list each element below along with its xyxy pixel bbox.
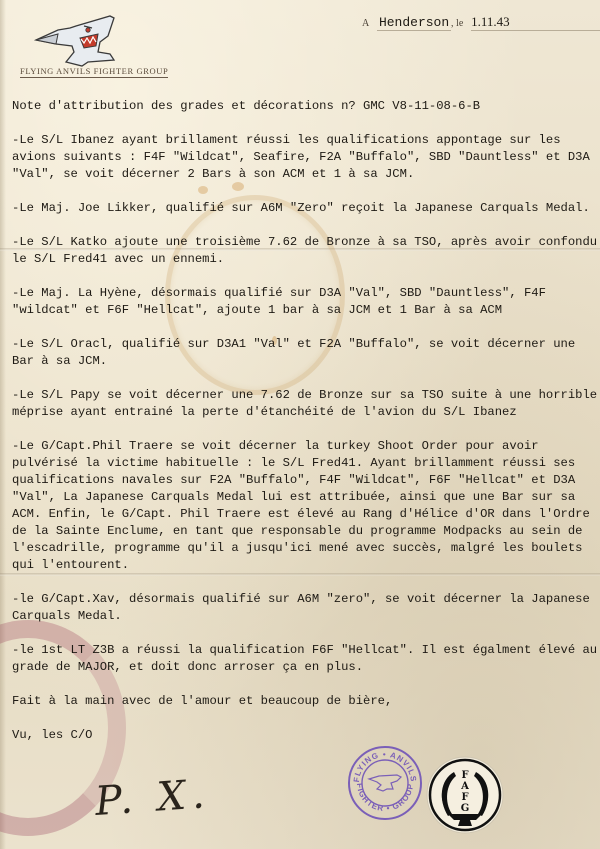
- award-entry: -Le Maj. La Hyène, désormais qualifié su…: [12, 285, 600, 319]
- document-body: Note d'attribution des grades et décorat…: [12, 98, 600, 761]
- seen-by-line: Vu, les C/O: [12, 727, 600, 744]
- place-field: Henderson: [377, 15, 451, 31]
- place-date-line: A Henderson, le 1.11.43: [362, 14, 600, 31]
- squadron-rubber-stamp: FLYING • ANVILS FIGHTER • GROUP: [347, 745, 423, 821]
- svg-text:A: A: [460, 781, 469, 792]
- anvil-stamp-icon: FLYING • ANVILS FIGHTER • GROUP: [347, 745, 423, 821]
- award-entry: -Le S/L Papy se voit décerner une 7.62 d…: [12, 387, 600, 421]
- winged-anvil-insignia-icon: F A F G: [426, 756, 504, 834]
- award-entry: -Le S/L Oracl, qualifié sur D3A1 "Val" e…: [12, 336, 600, 370]
- place-prefix: A: [362, 18, 369, 29]
- squadron-name: Flying Anvils Fighter Group: [20, 66, 168, 78]
- svg-text:G: G: [461, 803, 470, 814]
- award-entry: -Le S/L Ibanez ayant brillament réussi l…: [12, 132, 600, 183]
- svg-text:FIGHTER • GROUP: FIGHTER • GROUP: [355, 783, 415, 814]
- fafg-insignia: F A F G: [426, 756, 504, 834]
- svg-text:F: F: [461, 770, 468, 781]
- date-prefix: , le: [451, 18, 463, 29]
- closing-line: Fait à la main avec de l'amour et beauco…: [12, 693, 600, 710]
- date-field: 1.11.43: [471, 14, 600, 31]
- award-entry: -le 1st LT Z3B a réussi la qualification…: [12, 642, 600, 676]
- document-title: Note d'attribution des grades et décorat…: [12, 98, 600, 115]
- svg-text:F: F: [461, 792, 468, 803]
- award-entry: -le G/Capt.Xav, désormais qualifié sur A…: [12, 591, 600, 625]
- award-entry: -Le S/L Katko ajoute une troisième 7.62 …: [12, 234, 600, 268]
- handwritten-signature: P. X.: [94, 771, 212, 825]
- award-entry: -Le G/Capt.Phil Traere se voit décerner …: [12, 438, 600, 574]
- award-entry: -Le Maj. Joe Likker, qualifié sur A6M "Z…: [12, 200, 600, 217]
